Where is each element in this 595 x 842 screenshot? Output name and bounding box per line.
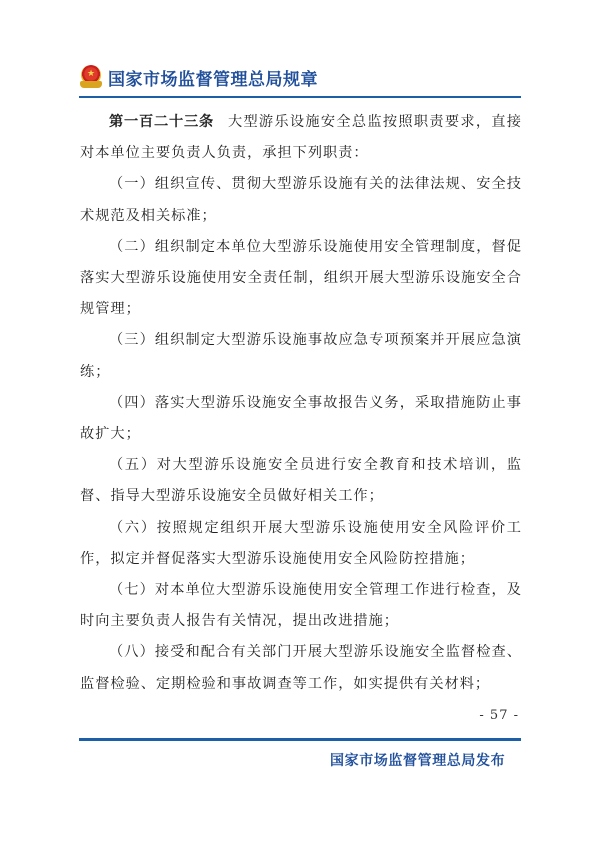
footer-divider — [79, 738, 521, 741]
article-number: 第一百二十三条 — [109, 114, 214, 130]
page-header: ★ 国家市场监督管理总局规章 — [79, 62, 318, 92]
national-emblem-icon: ★ — [79, 65, 103, 89]
article-item-8: （八）接受和配合有关部门开展大型游乐设施安全监督检查、监督检验、定期检验和事故调… — [80, 637, 522, 699]
article-item-6: （六）按照规定组织开展大型游乐设施使用安全风险评价工作，拟定并督促落实大型游乐设… — [80, 513, 522, 575]
article-item-5: （五）对大型游乐设施安全员进行安全教育和技术培训，监督、指导大型游乐设施安全员做… — [80, 450, 522, 512]
article-item-1: （一）组织宣传、贯彻大型游乐设施有关的法律法规、安全技术规范及相关标准； — [80, 169, 522, 231]
article-item-7: （七）对本单位大型游乐设施使用安全管理工作进行检查，及时向主要负责人报告有关情况… — [80, 575, 522, 637]
document-body: 第一百二十三条大型游乐设施安全总监按照职责要求，直接对本单位主要负责人负责，承担… — [80, 107, 522, 700]
footer-publisher: 国家市场监督管理总局发布 — [330, 750, 505, 770]
article-item-2: （二）组织制定本单位大型游乐设施使用安全管理制度，督促落实大型游乐设施使用安全责… — [80, 232, 522, 326]
article-item-4: （四）落实大型游乐设施安全事故报告义务，采取措施防止事故扩大； — [80, 388, 522, 450]
article-item-3: （三）组织制定大型游乐设施事故应急专项预案并开展应急演练； — [80, 325, 522, 387]
article-intro: 第一百二十三条大型游乐设施安全总监按照职责要求，直接对本单位主要负责人负责，承担… — [80, 107, 522, 169]
page-number: - 57 - — [479, 708, 519, 723]
header-title: 国家市场监督管理总局规章 — [108, 65, 318, 90]
header-divider — [79, 96, 521, 98]
